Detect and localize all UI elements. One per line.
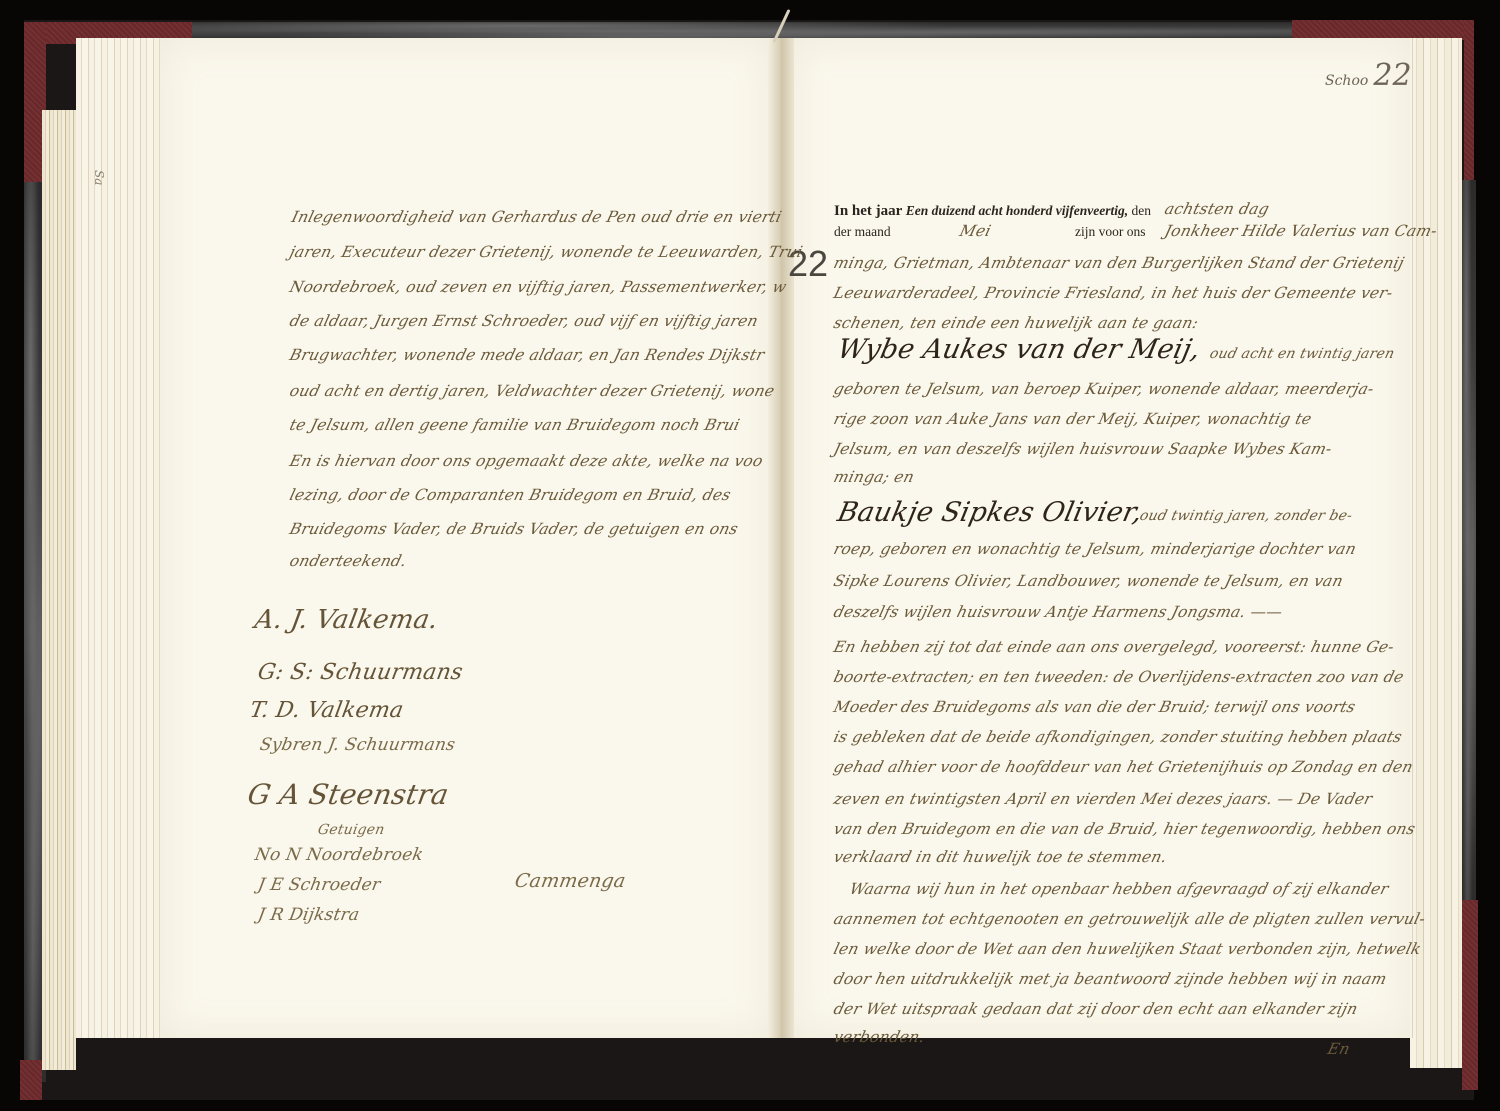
groom-line-5: minga; en	[832, 468, 916, 486]
signature-groom-father: Sybren J. Schuurmans	[258, 735, 457, 755]
signature-witness-4: J R Dijkstra	[256, 905, 361, 925]
witnesses-label: Getuigen	[317, 822, 386, 838]
left-line-1: Inlegenwoordigheid van Gerhardus de Pen …	[290, 208, 784, 226]
body-line-9: Waarna wij hun in het openbaar hebben af…	[848, 880, 1391, 898]
catchword: En	[1326, 1040, 1352, 1058]
groom-line-2: geboren te Jelsum, van beroep Kuiper, wo…	[832, 380, 1376, 398]
cover-cloth-top-right	[1292, 20, 1474, 40]
printed-suffix: zijn voor ons	[1075, 224, 1146, 240]
body-line-8: verklaard in dit huwelijk toe te stemmen…	[832, 848, 1169, 866]
printed-prefix: In het jaar	[834, 203, 902, 219]
left-line-7: te Jelsum, allen geene familie van Bruid…	[288, 416, 742, 434]
printed-month-label: der maand	[834, 224, 891, 239]
left-stack-fragment-text: Sa	[92, 170, 106, 550]
intro-line-1: minga, Grietman, Ambtenaar van den Burge…	[832, 254, 1406, 272]
groom-line-3: rige zoon van Auke Jans van der Meij, Ku…	[832, 410, 1314, 428]
left-line-11: onderteekend.	[288, 552, 409, 570]
groom-name: Wybe Aukes van der Meij,	[835, 334, 1204, 365]
handwritten-official: Jonkheer Hilde Valerius van Cam-	[1163, 222, 1439, 240]
body-line-13: der Wet uitspraak gedaan dat zij door de…	[832, 1000, 1360, 1018]
body-line-7: van den Bruidegom en die van de Bruid, h…	[832, 820, 1418, 838]
left-line-8: En is hiervan door ons opgemaakt deze ak…	[288, 452, 765, 470]
signature-official: Cammenga	[513, 870, 627, 892]
signature-witness-2: No N Noordebroek	[253, 845, 425, 865]
groom-line-1: oud acht en twintig jaren	[1208, 346, 1396, 362]
body-line-6: zeven en twintigsten April en vierden Me…	[832, 790, 1375, 808]
body-line-5: gehad alhier voor de hoofddeur van het G…	[832, 758, 1415, 776]
cover-cloth-right-spine	[1464, 20, 1474, 180]
left-line-5: Brugwachter, wonende mede aldaar, en Jan…	[288, 346, 767, 364]
cover-cloth-bottom-left	[20, 1060, 42, 1100]
folio-label: Schoo	[1325, 73, 1368, 89]
book-gutter	[768, 38, 794, 1038]
bride-name: Baukje Sipkes Olivier,	[835, 497, 1146, 528]
right-page-margin-line	[1412, 38, 1413, 1038]
signature-groom: A. J. Valkema.	[252, 605, 440, 635]
left-line-6: oud acht en dertig jaren, Veldwachter de…	[288, 382, 777, 400]
body-line-1: En hebben zij tot dat einde aan ons over…	[832, 638, 1396, 656]
signature-bride: T. D. Valkema	[248, 698, 406, 723]
intro-line-2: Leeuwarderadeel, Provincie Friesland, in…	[832, 284, 1395, 302]
signature-witness-1: G: S: Schuurmans	[256, 660, 465, 685]
body-line-14: verbonden.	[832, 1028, 927, 1046]
printed-header-line-2: der maand	[834, 224, 891, 240]
left-page	[160, 38, 772, 1038]
handwritten-day: achtsten dag	[1163, 200, 1271, 218]
signature-witness-3: J E Schroeder	[256, 875, 382, 895]
body-line-12: door hen uitdrukkelijk met ja beantwoord…	[832, 970, 1389, 988]
printed-header-line-1: In het jaar Een duizend acht honderd vij…	[834, 203, 1151, 220]
cover-cloth-bottom-right	[1462, 900, 1478, 1090]
left-page-stack	[42, 110, 76, 1070]
handwritten-month: Mei	[958, 222, 993, 240]
left-line-3: Noordebroek, oud zeven en vijftig jaren,…	[288, 278, 789, 296]
folio-number: Schoo 22	[1325, 58, 1412, 93]
body-line-11: len welke door de Wet aan den huwelijken…	[832, 940, 1423, 958]
bride-line-2: roep, geboren en wonachtig te Jelsum, mi…	[832, 540, 1358, 558]
printed-den: den	[1131, 203, 1151, 218]
body-line-2: boorte-extracten; en ten tweeden: de Ove…	[832, 668, 1406, 686]
body-line-10: aannemen tot echtgenooten en getrouwelij…	[832, 910, 1428, 928]
left-line-9: lezing, door de Comparanten Bruidegom en…	[288, 486, 733, 504]
groom-line-4: Jelsum, en van deszelfs wijlen huisvrouw…	[832, 440, 1334, 458]
left-line-2: jaren, Executeur dezer Grietenij, wonend…	[288, 243, 805, 261]
printed-year: Een duizend acht honderd vijfenveertig,	[906, 203, 1128, 218]
signature-bride-father: G A Steenstra	[245, 778, 451, 811]
left-line-4: de aldaar, Jurgen Ernst Schroeder, oud v…	[288, 312, 760, 330]
intro-line-3: schenen, ten einde een huwelijk aan te g…	[832, 314, 1201, 332]
bride-line-3: Sipke Lourens Olivier, Landbouwer, wonen…	[832, 572, 1345, 590]
bride-line-1: oud twintig jaren, zonder be-	[1138, 508, 1354, 524]
left-page-stack-inner	[76, 38, 162, 1038]
bride-line-4: deszelfs wijlen huisvrouw Antje Harmens …	[832, 603, 1285, 621]
folio-value: 22	[1373, 58, 1411, 93]
body-line-3: Moeder des Bruidegoms als van die der Br…	[832, 698, 1358, 716]
left-line-10: Bruidegoms Vader, de Bruids Vader, de ge…	[288, 520, 740, 538]
body-line-4: is gebleken dat de beide afkondigingen, …	[832, 728, 1404, 746]
cover-marble-right	[1462, 180, 1476, 900]
